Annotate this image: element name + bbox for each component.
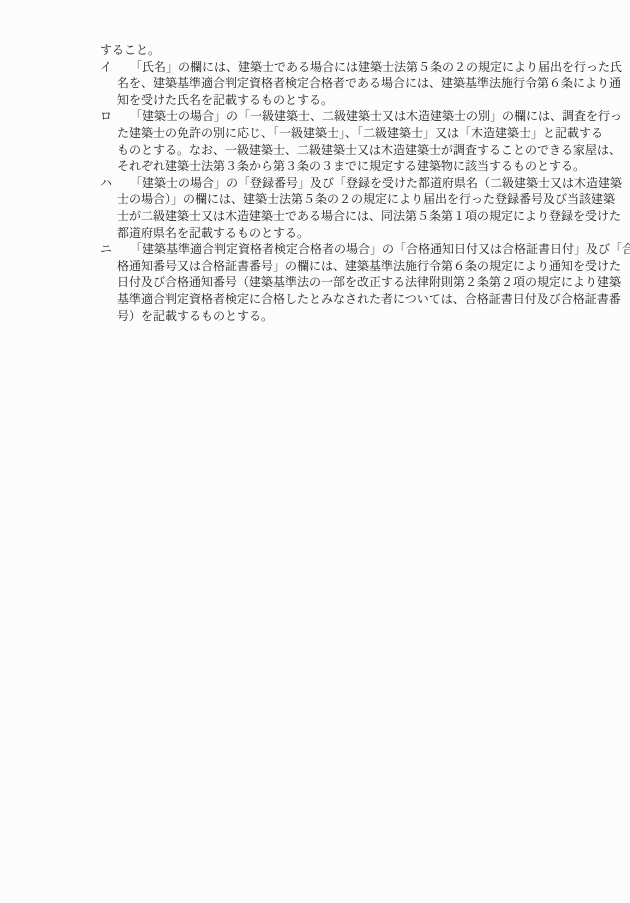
item-label: イ <box>100 59 114 76</box>
text-line: た建築士の免許の別に応じ、「一級建築士」、「二級建築士」又は「木造建築士」と記載… <box>100 125 626 142</box>
text-line: 「建築士の場合」の「一級建築士、二級建築士又は木造建築士の別」の欄には、調査を行… <box>100 108 626 125</box>
item-list: イ「氏名」の欄には、建築士である場合には建築士法第５条の２の規定により届出を行っ… <box>100 59 626 325</box>
text-line: 「氏名」の欄には、建築士である場合には建築士法第５条の２の規定により届出を行った… <box>100 59 626 76</box>
text-line: 「建築士の場合」の「登録番号」及び「登録を受けた都道府県名（二級建築士又は木造建… <box>100 175 626 192</box>
document-page: すること。 イ「氏名」の欄には、建築士である場合には建築士法第５条の２の規定によ… <box>0 0 630 903</box>
text-line: 都道府県名を記載するものとする。 <box>100 225 626 242</box>
item-label: ニ <box>100 241 114 258</box>
text-line: 「建築基準適合判定資格者検定合格者の場合」の「合格通知日付又は合格証書日付」及び… <box>100 241 626 258</box>
text-line: 号）を記載するものとする。 <box>100 308 626 325</box>
list-item: ロ「建築士の場合」の「一級建築士、二級建築士又は木造建築士の別」の欄には、調査を… <box>100 108 626 174</box>
text-line: ものとする。なお、一級建築士、二級建築士又は木造建築士が調査することのできる家屋… <box>100 142 626 159</box>
text-line: 日付及び合格通知番号（建築基準法の一部を改正する法律附則第２条第２項の規定により… <box>100 274 626 291</box>
text-line: 格通知番号又は合格証書番号」の欄には、建築基準法施行令第６条の規定により通知を受… <box>100 258 626 275</box>
document-text-block: すること。 イ「氏名」の欄には、建築士である場合には建築士法第５条の２の規定によ… <box>100 42 626 324</box>
list-item: ニ「建築基準適合判定資格者検定合格者の場合」の「合格通知日付又は合格証書日付」及… <box>100 241 626 324</box>
list-item: イ「氏名」の欄には、建築士である場合には建築士法第５条の２の規定により届出を行っ… <box>100 59 626 109</box>
item-label: ハ <box>100 175 114 192</box>
text-line: 基準適合判定資格者検定に合格したとみなされた者については、合格証書日付及び合格証… <box>100 291 626 308</box>
text-line: 士の場合）」の欄には、建築士法第５条の２の規定により届出を行った登録番号及び当該… <box>100 191 626 208</box>
text-line: 名を、建築基準適合判定資格者検定合格者である場合には、建築基準法施行令第６条によ… <box>100 75 626 92</box>
text-line: それぞれ建築士法第３条から第３条の３までに規定する建築物に該当するものとする。 <box>100 158 626 175</box>
list-item: ハ「建築士の場合」の「登録番号」及び「登録を受けた都道府県名（二級建築士又は木造… <box>100 175 626 241</box>
item-label: ロ <box>100 108 114 125</box>
intro-sentence-fragment: すること。 <box>100 42 626 59</box>
text-line: 知を受けた氏名を記載するものとする。 <box>100 92 626 109</box>
text-line: 士が二級建築士又は木造建築士である場合には、同法第５条第１項の規定により登録を受… <box>100 208 626 225</box>
